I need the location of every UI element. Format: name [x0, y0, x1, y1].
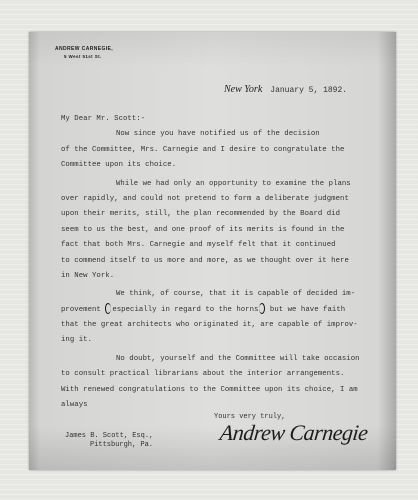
text-fragment: provement [61, 306, 101, 314]
text-line: of the Committee, Mrs. Carnegie and I de… [61, 143, 371, 158]
text-line: Committee upon its choice. [61, 158, 371, 173]
dateline-date: January 5, 1892. [270, 86, 347, 95]
text-line: in New York. [61, 269, 371, 284]
signature: Andrew Carnegie [219, 420, 369, 446]
paragraph-1: Now since you have notified us of the de… [61, 127, 371, 173]
text-line: ing it. [61, 333, 371, 348]
text-line: While we had only an opportunity to exam… [61, 177, 371, 192]
letterhead-address: 5 West 51st St. [55, 53, 113, 60]
letterhead-name: ANDREW CARNEGIE, [55, 46, 113, 53]
recipient-name: James B. Scott, Esq., [65, 432, 153, 441]
archival-mount: ANDREW CARNEGIE, 5 West 51st St. New Yor… [0, 0, 418, 500]
paragraph-4: No doubt, yourself and the Committee wil… [61, 352, 371, 414]
text-line: We think, of course, that it is capable … [61, 287, 371, 302]
text-line: No doubt, yourself and the Committee wil… [61, 352, 371, 367]
text-line: to commend itself to us more and more, a… [61, 254, 371, 269]
text-line: Now since you have notified us of the de… [61, 127, 371, 142]
text-line: always [61, 398, 371, 413]
text-fragment: but we have faith [270, 306, 345, 314]
recipient-block: James B. Scott, Esq., Pittsburgh, Pa. [65, 432, 153, 450]
dateline: New York January 5, 1892. [224, 84, 347, 95]
text-line: that the great architects who originated… [61, 318, 371, 333]
letter-body: My Dear Mr. Scott:- Now since you have n… [61, 112, 371, 413]
text-line: upon their merits, still, the plan recom… [61, 207, 371, 222]
text-line: fact that both Mrs. Carnegie and myself … [61, 238, 371, 253]
dateline-city: New York [224, 84, 262, 95]
letter-page: ANDREW CARNEGIE, 5 West 51st St. New Yor… [29, 32, 396, 470]
text-line: to consult practical librarians about th… [61, 367, 371, 382]
salutation: My Dear Mr. Scott:- [61, 112, 371, 127]
paragraph-2: While we had only an opportunity to exam… [61, 177, 371, 285]
text-line: provement especially in regard to the ho… [61, 303, 371, 318]
text-line: With renewed congratulations to the Comm… [61, 383, 371, 398]
recipient-city: Pittsburgh, Pa. [65, 441, 153, 450]
handwritten-paren-open-icon [105, 303, 111, 314]
text-line: over rapidly, and could not pretend to f… [61, 192, 371, 207]
letterhead: ANDREW CARNEGIE, 5 West 51st St. [55, 46, 113, 60]
text-line: seem to us the best, and one proof of it… [61, 223, 371, 238]
paragraph-3: We think, of course, that it is capable … [61, 287, 371, 349]
handwritten-paren-close-icon [259, 303, 265, 314]
annotated-phrase: especially in regard to the horns [112, 306, 258, 314]
